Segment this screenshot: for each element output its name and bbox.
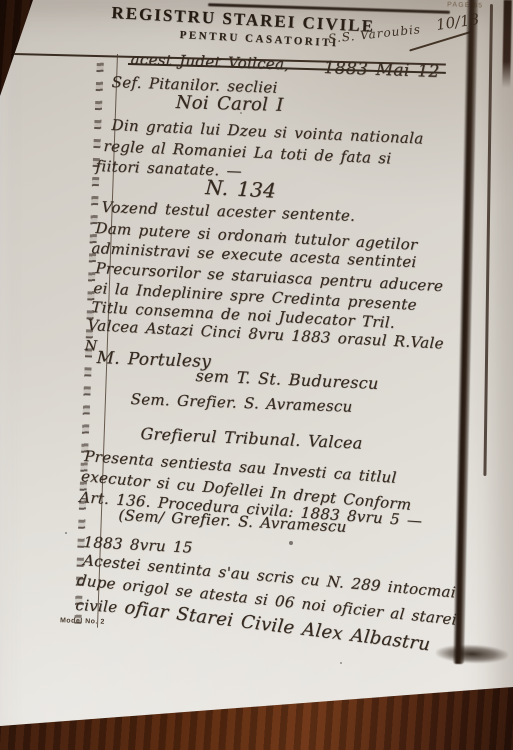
- handwritten-line: dupe origol se atesta si 06 noi oficier …: [76, 571, 458, 629]
- page-title: REGISTRU STAREI CIVILE: [111, 3, 375, 37]
- handwritten-line: Valcea Astazi Cinci 8vru 1883 orasul R.V…: [87, 316, 444, 353]
- photocopy-left-speckle: [74, 58, 104, 624]
- binding-shadow-end-smudge: [436, 644, 509, 665]
- handwritten-line: Dam putere si ordonam tutulor agetilor: [95, 219, 418, 254]
- binding-shadow-thick: [453, 0, 478, 664]
- handwritten-line: executor si cu Dofellei In drept Conform: [80, 467, 412, 514]
- handwritten-signature: sem T. St. Budurescu: [195, 366, 379, 393]
- handwritten-act-number: N. 134: [205, 175, 277, 203]
- strikethrough-line: [128, 63, 446, 74]
- page-number: 10/18: [435, 10, 480, 34]
- handwritten-date: 1883 8vru 15: [83, 533, 193, 557]
- dust-specks: [280, 232, 282, 234]
- handwritten-line: Grefierul Tribunal. Valcea: [140, 424, 363, 453]
- handwritten-line: Acestei sentinta s'au scris cu N. 289 in…: [82, 551, 456, 602]
- clerk-signature: S.S. Varoubis: [328, 22, 422, 46]
- page-subtitle: PENTRU CASATORITI: [179, 29, 339, 49]
- handwritten-signature: (Sem/ Grefier. S. Avramescu: [118, 506, 347, 536]
- handwritten-line: Presenta sentiesta sau Investi ca titlul: [84, 447, 398, 487]
- handwritten-date: 1883 Mai 12: [323, 58, 440, 82]
- handwritten-line-royal-formula: Noi Carol I: [175, 92, 283, 116]
- handwritten-line: civile: [75, 596, 118, 616]
- handwritten-mark: N: [84, 338, 97, 354]
- page-label: PAGE 65: [447, 1, 483, 9]
- handwritten-signature: Sem. Grefier. S. Avramescu: [130, 390, 352, 416]
- handwritten-line: Precursorilor se staruiasca pentru aduce…: [95, 259, 444, 295]
- binding-shadow-thin: [483, 4, 493, 476]
- page-number-slash-mark: [409, 30, 473, 51]
- handwritten-line: ei la Indeplinire spre Credinta presente: [93, 279, 417, 314]
- right-edge-mark: [502, 0, 512, 88]
- handwritten-line: Titlu consemna de noi Judecator Tril.: [91, 298, 395, 332]
- handwritten-line: acest Judet Voilcea,: [130, 50, 289, 74]
- handwritten-line: Vozend testul acester sentente.: [101, 198, 355, 225]
- handwritten-line: administravi se execute acesta sentintei: [91, 239, 417, 271]
- handwritten-line: fiitori sanatate. —: [95, 157, 242, 180]
- header-rule: [14, 53, 446, 66]
- handwritten-line: Din gratia lui Dzeu si vointa nationala: [111, 116, 424, 148]
- left-margin-line: [97, 54, 118, 628]
- handwritten-signature-officer: ofiar Starei Civile Alex Albastru: [123, 597, 431, 655]
- handwritten-line: regle al Romaniei La toti de fata si: [103, 137, 392, 168]
- paper: REGISTRU STAREI CIVILE PENTRU CASATORITI…: [0, 0, 513, 750]
- handwritten-line: Sef. Pitanilor. secliei: [111, 73, 278, 97]
- document-photo: REGISTRU STAREI CIVILE PENTRU CASATORITI…: [0, 0, 513, 750]
- handwritten-line: Art. 136. Procedura civila: 1883 8vru 5 …: [79, 488, 423, 530]
- form-model-label: Model No. 2: [60, 617, 105, 626]
- handwritten-signature: M. Portulesy: [96, 348, 211, 372]
- photocopy-top-border: [208, 3, 450, 14]
